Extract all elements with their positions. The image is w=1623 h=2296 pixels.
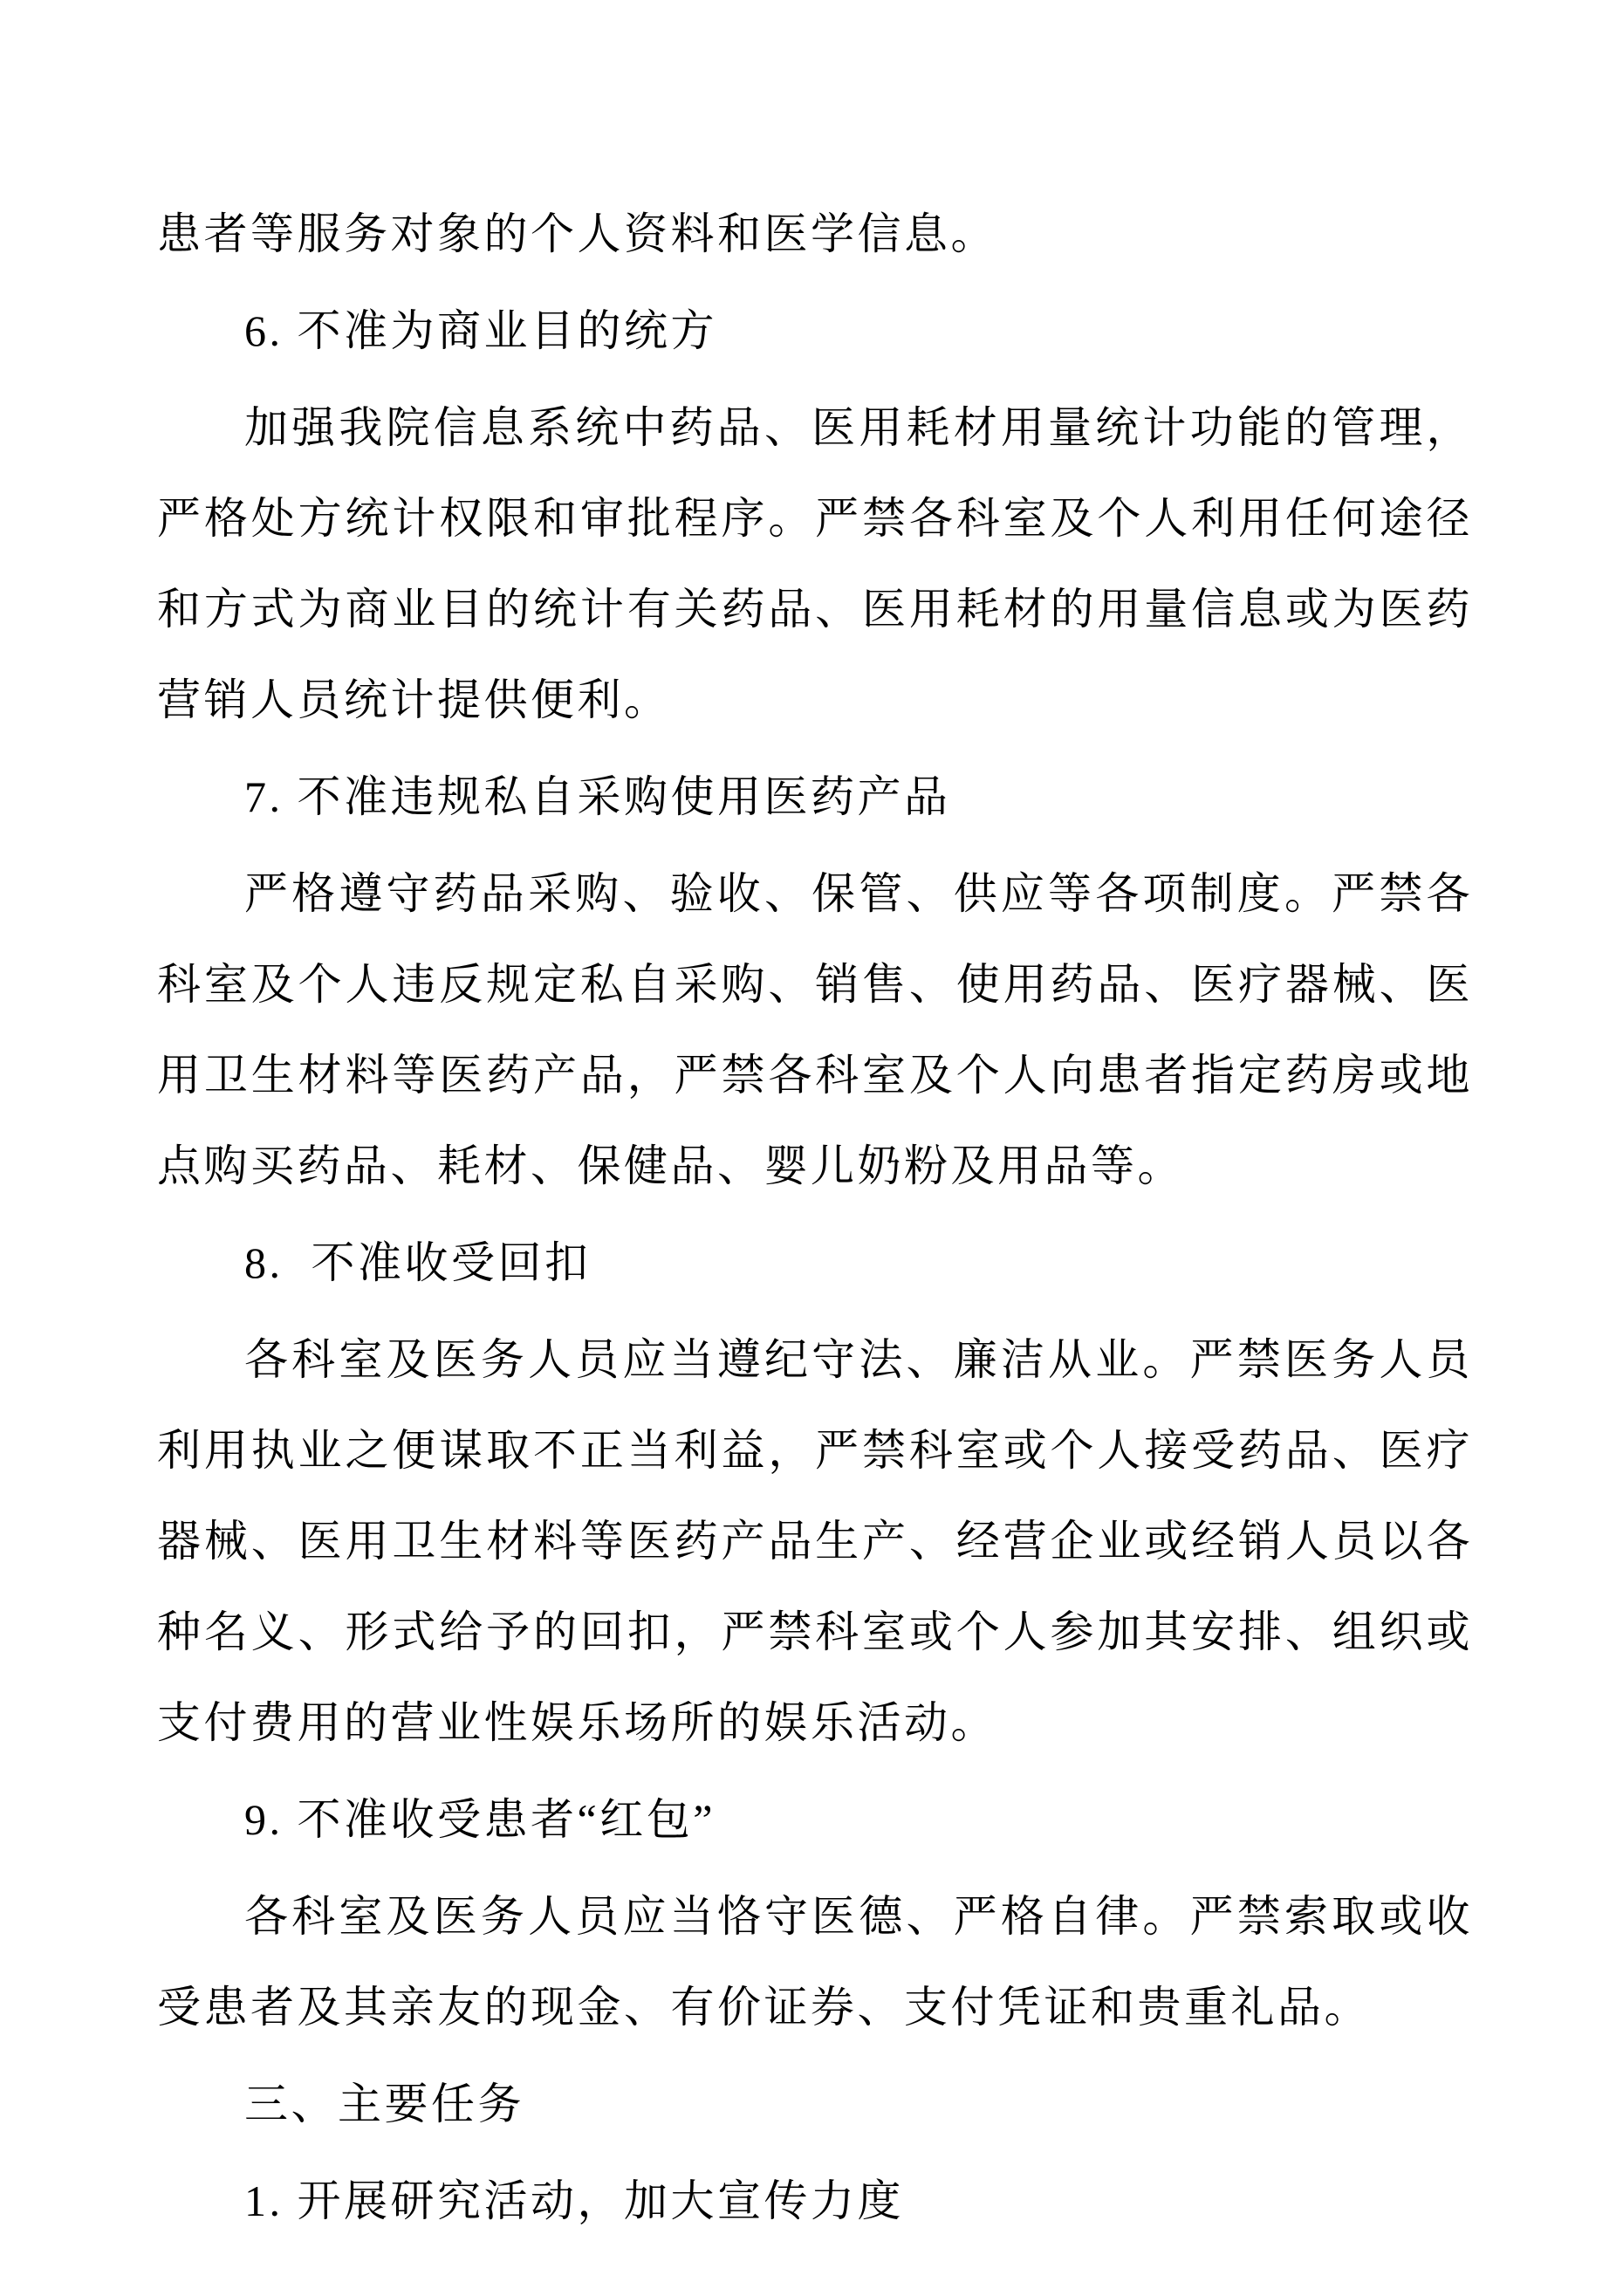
heading-rule-6: 6. 不准为商业目的统方 [157,285,1473,376]
paragraph-continuation-privacy: 患者等服务对象的个人资料和医学信息。 [157,188,1473,279]
heading-rule-9: 9. 不准收受患者“红包” [157,1774,1473,1865]
heading-task-1: 1. 开展研究活动，加大宣传力度 [157,2155,1473,2246]
heading-section-3-main-tasks: 三、主要任务 [157,2059,1473,2149]
paragraph-rule-6-body: 加强我院信息系统中药品、医用耗材用量统计功能的管理，严格处方统计权限和审批程序。… [157,382,1473,745]
heading-rule-7: 7. 不准违规私自采购使用医药产品 [157,751,1473,842]
heading-rule-8: 8. 不准收受回扣 [157,1217,1473,1308]
paragraph-rule-7-body: 严格遵守药品采购、验收、保管、供应等各项制度。严禁各科室及个人违反规定私自采购、… [157,848,1473,1211]
paragraph-rule-8-body: 各科室及医务人员应当遵纪守法、廉洁从业。严禁医务人员利用执业之便谋取不正当利益，… [157,1314,1473,1768]
document-page: 患者等服务对象的个人资料和医学信息。 6. 不准为商业目的统方 加强我院信息系统… [0,0,1623,2296]
paragraph-rule-9-body: 各科室及医务人员应当恪守医德、严格自律。严禁索取或收受患者及其亲友的现金、有价证… [157,1871,1473,2053]
